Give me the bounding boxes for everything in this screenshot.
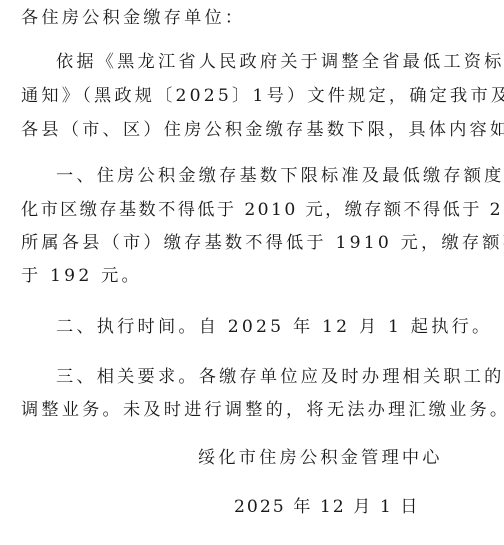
salutation: 各住房公积金缴存单位：: [21, 7, 245, 29]
item1-line-4: 于 192 元。: [21, 265, 142, 287]
item1-line-1: 一、住房公积金缴存基数下限标准及最低缴存额度。绥: [56, 165, 504, 187]
date: 2025 年 12 月 1 日: [234, 496, 419, 518]
item1-line-2: 化市区缴存基数不得低于 2010 元，缴存额不得低于 202 元。: [21, 199, 504, 221]
item3-line-2: 调整业务。未及时进行调整的，将无法办理汇缴业务。: [21, 399, 504, 421]
item1-line-3: 所属各县（市）缴存基数不得低于 1910 元，缴存额不得低: [21, 232, 504, 254]
intro-line-2: 通知》（黑政规〔2025〕1号）文件规定，确定我市及所辖: [21, 85, 504, 107]
intro-line-1: 依据《黑龙江省人民政府关于调整全省最低工资标准的: [56, 51, 504, 73]
item3-line-1: 三、相关要求。各缴存单位应及时办理相关职工的基数: [56, 366, 504, 388]
intro-line-3: 各县（市、区）住房公积金缴存基数下限，具体内容如下：: [21, 119, 504, 141]
signature: 绥化市住房公积金管理中心: [198, 447, 443, 469]
item2-line: 二、执行时间。自 2025 年 12 月 1 起执行。: [56, 316, 492, 338]
